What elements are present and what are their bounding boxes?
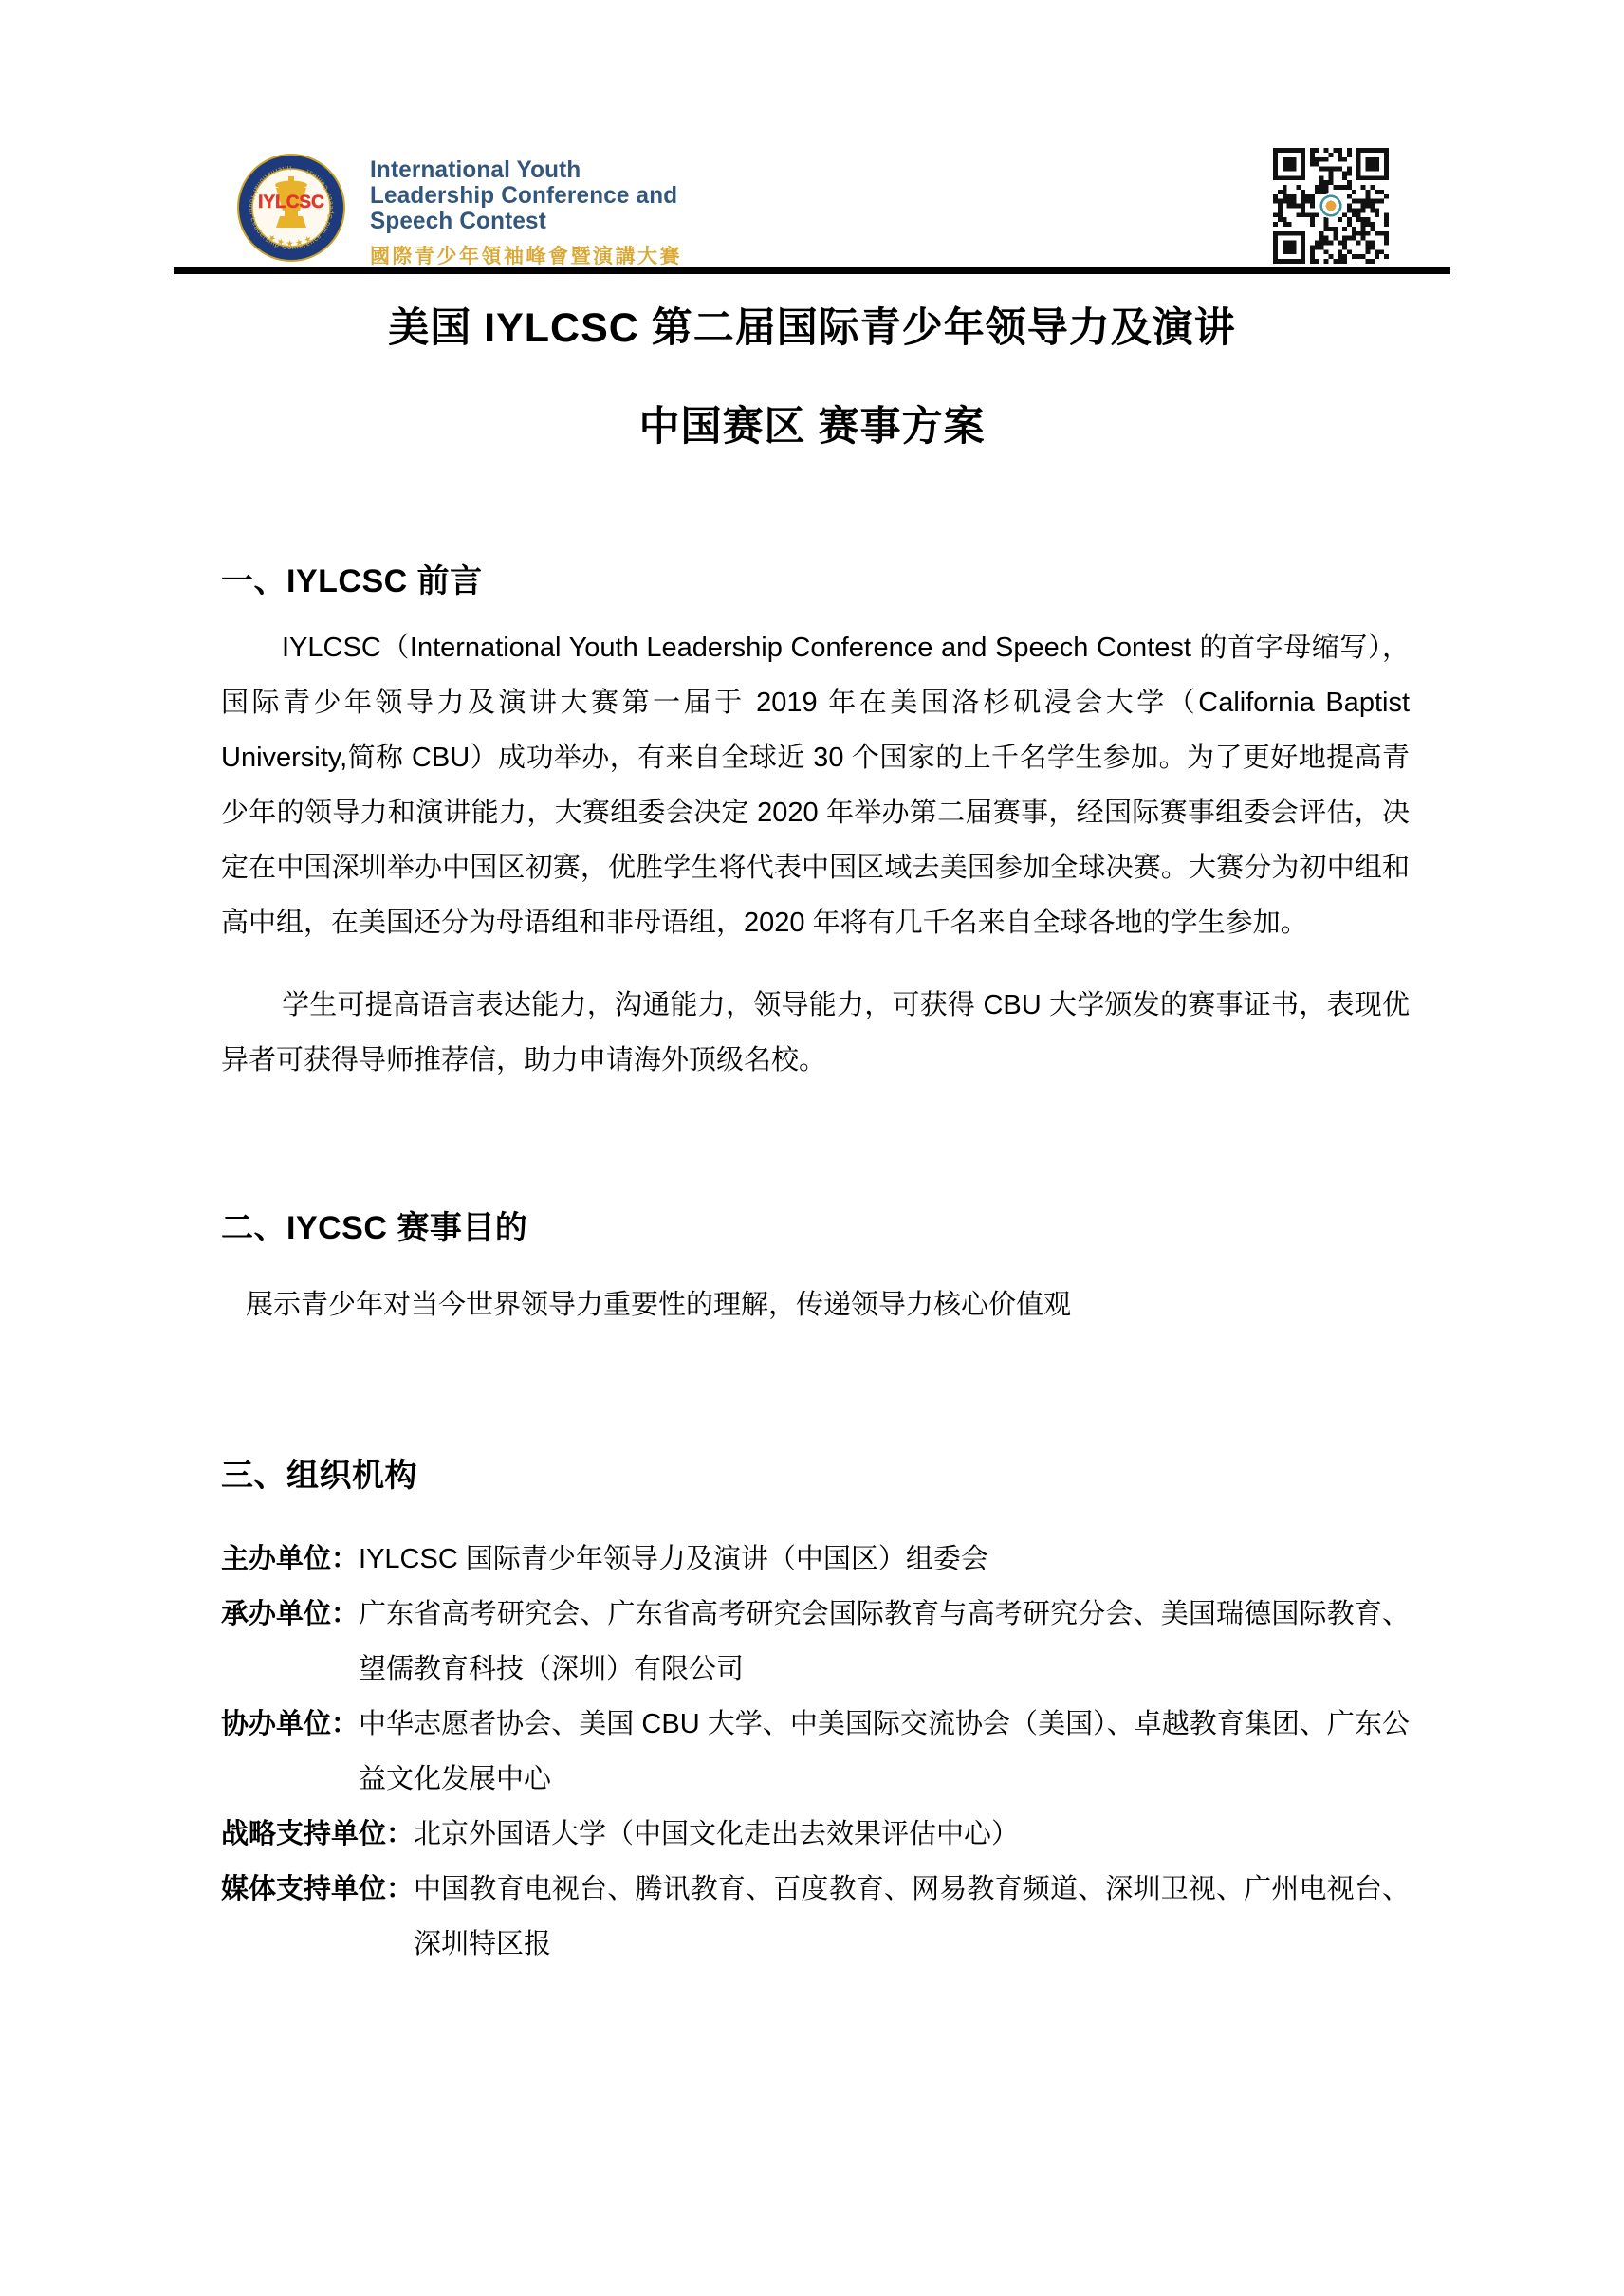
logo-wordmark: International Youth Leadership Conferenc… xyxy=(370,157,687,269)
section-heading-preface: 一、IYLCSC 前言 xyxy=(221,555,1410,601)
org-value: 中国教育电视台、腾讯教育、百度教育、网易教育频道、深圳卫视、广州电视台、深圳特区… xyxy=(414,1862,1410,1972)
document-title-line2: 中国赛区 赛事方案 xyxy=(219,395,1405,452)
logo-name-line: Speech Contest xyxy=(370,209,677,234)
badge-text: IYLCSC xyxy=(258,193,324,212)
logo-name-chinese: 國際青少年領袖峰會暨演講大賽 xyxy=(370,241,687,269)
org-label: 媒体支持单位： xyxy=(221,1862,414,1972)
document-page: International Youth Leadership Conferenc… xyxy=(0,0,1624,2296)
document-body: 一、IYLCSC 前言 IYLCSC（International Youth L… xyxy=(221,555,1410,1972)
org-item-strategic-support: 战略支持单位： 北京外国语大学（中国文化走出去效果评估中心） xyxy=(221,1807,1410,1862)
org-item-coorganizer: 协办单位： 中华志愿者协会、美国 CBU 大学、中美国际交流协会（美国）、卓越教… xyxy=(221,1697,1410,1807)
org-value: 广东省高考研究会、广东省高考研究会国际教育与高考研究分会、美国瑞德国际教育、望儒… xyxy=(359,1587,1410,1697)
org-value: 北京外国语大学（中国文化走出去效果评估中心） xyxy=(414,1807,1410,1862)
org-item-host: 主办单位： IYLCSC 国际青少年领导力及演讲（中国区）组委会 xyxy=(221,1532,1410,1587)
section-heading-purpose: 二、IYCSC 赛事目的 xyxy=(221,1202,1410,1248)
org-label: 主办单位： xyxy=(221,1532,359,1587)
organization-list: 主办单位： IYLCSC 国际青少年领导力及演讲（中国区）组委会 承办单位： 广… xyxy=(221,1532,1410,1972)
document-title-line1: 美国 IYLCSC 第二届国际青少年领导力及演讲 xyxy=(219,296,1405,354)
org-value: IYLCSC 国际青少年领导力及演讲（中国区）组委会 xyxy=(359,1532,1410,1587)
org-item-media-support: 媒体支持单位： 中国教育电视台、腾讯教育、百度教育、网易教育频道、深圳卫视、广州… xyxy=(221,1862,1410,1972)
preface-paragraph-2: 学生可提高语言表达能力，沟通能力，领导能力，可获得 CBU 大学颁发的赛事证书，… xyxy=(221,978,1410,1088)
header-divider xyxy=(174,267,1450,274)
org-item-organizer: 承办单位： 广东省高考研究会、广东省高考研究会国际教育与高考研究分会、美国瑞德国… xyxy=(221,1587,1410,1697)
org-label: 协办单位： xyxy=(221,1697,359,1807)
qr-code xyxy=(1273,148,1389,264)
iylcsc-badge-icon: International Youth Leadership Conferenc… xyxy=(237,154,345,262)
logo-name-line: Leadership Conference and xyxy=(370,183,677,209)
org-label: 承办单位： xyxy=(221,1587,359,1697)
org-value: 中华志愿者协会、美国 CBU 大学、中美国际交流协会（美国）、卓越教育集团、广东… xyxy=(359,1697,1410,1807)
logo-name-line: International Youth xyxy=(370,157,677,183)
purpose-paragraph: 展示青少年对当今世界领导力重要性的理解，传递领导力核心价值观 xyxy=(221,1277,1410,1332)
org-label: 战略支持单位： xyxy=(221,1807,414,1862)
preface-paragraph-1: IYLCSC（International Youth Leadership Co… xyxy=(221,620,1410,950)
section-heading-organization: 三、组织机构 xyxy=(221,1449,1410,1496)
